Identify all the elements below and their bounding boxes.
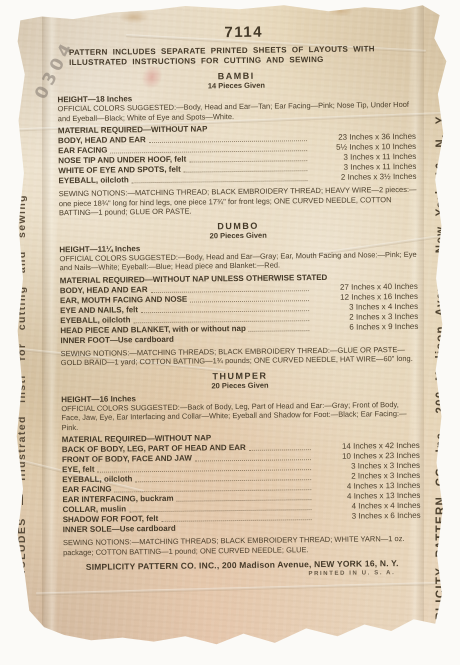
crease-line: [36, 582, 456, 596]
pattern-envelope-back: 0304 PATTERN INCLUDES — Illustrated inst…: [6, 2, 454, 660]
dotted-leader: [195, 459, 311, 461]
material-value: 2 Inches x 3½ Inches: [310, 172, 416, 183]
section-bambi: BAMBI 14 Pieces Given HEIGHT—18 Inches O…: [57, 69, 417, 218]
material-label: EYEBALL, oilcloth: [62, 474, 132, 485]
right-edge-vertical-text: SIMPLICITY PATTERN CO. Inc., 200 Madison…: [435, 112, 447, 644]
material-label: EAR FACING: [62, 485, 111, 496]
material-label: EYE, felt: [62, 465, 95, 475]
colors-suggested: OFFICIAL COLORS SUGGESTED:—Back of Body,…: [61, 399, 419, 432]
dotted-leader: [132, 180, 308, 183]
material-label: EAR INTERFACING, buckram: [62, 494, 173, 505]
pattern-number: 7114: [65, 22, 423, 43]
section-dumbo: DUMBO 20 Pieces Given HEIGHT—11¼ Inches …: [59, 218, 419, 367]
intro-paragraph: PATTERN INCLUDES SEPARATE PRINTED SHEETS…: [69, 44, 415, 68]
sewing-notions: SEWING NOTIONS:—MATCHING THREADS; BLACK …: [61, 344, 419, 367]
material-label: EAR FACING: [58, 146, 107, 157]
material-label: BODY, HEAD AND EAR: [58, 135, 146, 146]
dotted-leader: [190, 300, 309, 302]
dotted-leader: [249, 330, 310, 332]
printed-in-usa: PRINTED IN U. S. A.: [63, 570, 395, 580]
material-value: 3 Inches x 6 Inches: [315, 511, 421, 522]
dotted-leader: [249, 449, 311, 451]
material-label: EYEBALL, oilcloth: [58, 175, 128, 186]
left-edge-vertical-text: PATTERN INCLUDES — Illustrated instr for…: [16, 194, 28, 652]
section-thumper: THUMPER 20 Pieces Given HEIGHT—16 Inches…: [61, 368, 421, 557]
paper-stain: [114, 8, 154, 26]
dotted-leader: [189, 160, 307, 162]
paper-stain: [324, 4, 358, 18]
colors-suggested: OFFICIAL COLORS SUGGESTED:—Body, Head an…: [58, 100, 416, 123]
printed-content: 7114 PATTERN INCLUDES SEPARATE PRINTED S…: [57, 22, 422, 580]
material-value: 6 Inches x 9 Inches: [312, 321, 418, 332]
colors-suggested: OFFICIAL COLORS SUGGESTED:—Body, Head an…: [59, 249, 417, 272]
material-label: FRONT OF BODY, FACE AND JAW: [62, 454, 192, 466]
sewing-notions: SEWING NOTIONS:—MATCHING THREADS; BLACK …: [63, 534, 421, 557]
sewing-notions: SEWING NOTIONS:—MATCHING THREAD; BLACK E…: [59, 185, 417, 218]
dotted-leader: [184, 170, 308, 173]
